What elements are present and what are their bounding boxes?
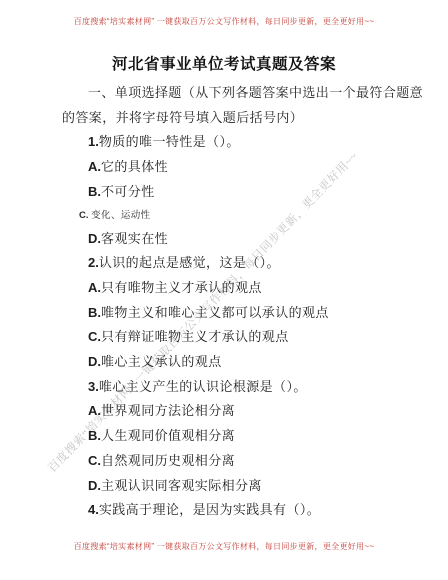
question-1-option-b: B.不可分性: [62, 180, 408, 205]
option-text: 只有唯物主义才承认的观点: [101, 280, 262, 295]
question-number: 1.: [88, 134, 99, 149]
option-label: C.: [88, 453, 101, 468]
option-text: 不可分性: [101, 184, 155, 199]
question-3-option-a: A.世界观同方法论相分离: [62, 399, 408, 424]
option-text: 变化、运动性: [91, 211, 150, 221]
option-text: 世界观同方法论相分离: [101, 403, 235, 418]
promo-banner-bottom: 百度搜索“培实素材网” 一键获取百万公文写作材料，每日同步更新，更全更好用~~: [0, 541, 448, 552]
option-label: B.: [88, 428, 101, 443]
question-text: 实践高于理论，是因为实践具有（）。: [99, 502, 320, 517]
option-label: D.: [88, 478, 101, 493]
question-2-option-d: D.唯心主义承认的观点: [62, 350, 408, 375]
question-1-option-a: A.它的具体性: [62, 155, 408, 180]
option-label: A.: [88, 403, 101, 418]
question-3-option-c: C.自然观同历史观相分离: [62, 449, 408, 474]
question-3-option-d: D.主观认识同客观实际相分离: [62, 474, 408, 499]
option-text: 主观认识同客观实际相分离: [101, 478, 262, 493]
option-text: 自然观同历史观相分离: [101, 453, 235, 468]
question-1-option-d: D.客观实在性: [62, 227, 408, 252]
question-2-option-a: A.只有唯物主义才承认的观点: [62, 276, 408, 301]
option-label: C.: [88, 329, 101, 344]
question-2: 2.认识的起点是感觉，这是（）。: [62, 251, 408, 276]
page-title: 河北省事业单位考试真题及答案: [40, 53, 408, 77]
question-3-option-b: B.人生观同价值观相分离: [62, 424, 408, 449]
section-intro-line1: 一、单项选择题（从下列各题答案中选出一个最符合题意: [62, 81, 408, 106]
question-text: 物质的唯一特性是（）。: [99, 134, 240, 149]
question-text: 认识的起点是感觉，这是（）。: [99, 255, 280, 270]
option-text: 客观实在性: [101, 231, 168, 246]
question-3: 3.唯心主义产生的认识论根源是（）。: [62, 375, 408, 400]
question-2-option-b: B.唯物主义和唯心主义都可以承认的观点: [62, 301, 408, 326]
document-content: 河北省事业单位考试真题及答案 一、单项选择题（从下列各题答案中选出一个最符合题意…: [0, 0, 448, 523]
option-label: A.: [88, 280, 101, 295]
option-label: C.: [79, 210, 91, 221]
option-label: D.: [88, 354, 101, 369]
option-text: 它的具体性: [101, 159, 168, 174]
question-2-option-c: C.只有辩证唯物主义才承认的观点: [62, 325, 408, 350]
question-number: 2.: [88, 255, 99, 270]
section-intro-line2: 的答案，并将字母符号填入题后括号内）: [62, 106, 408, 131]
question-4: 4.实践高于理论，是因为实践具有（）。: [62, 498, 408, 523]
question-number: 4.: [88, 502, 99, 517]
document-page: 百度搜索“培实素材网” 一键获取百万公文写作材料，每日同步更新，更全更好用~~ …: [0, 0, 448, 580]
option-label: B.: [88, 305, 101, 320]
question-1-option-c: C. 变化、运动性: [62, 205, 408, 227]
option-text: 唯物主义和唯心主义都可以承认的观点: [101, 305, 329, 320]
option-text: 唯心主义承认的观点: [101, 354, 222, 369]
option-label: D.: [88, 231, 101, 246]
option-label: B.: [88, 184, 101, 199]
question-1: 1.物质的唯一特性是（）。: [62, 130, 408, 155]
option-label: A.: [88, 159, 101, 174]
question-number: 3.: [88, 379, 99, 394]
option-text: 人生观同价值观相分离: [101, 428, 235, 443]
option-text: 只有辩证唯物主义才承认的观点: [101, 329, 289, 344]
question-text: 唯心主义产生的认识论根源是（）。: [99, 379, 307, 394]
